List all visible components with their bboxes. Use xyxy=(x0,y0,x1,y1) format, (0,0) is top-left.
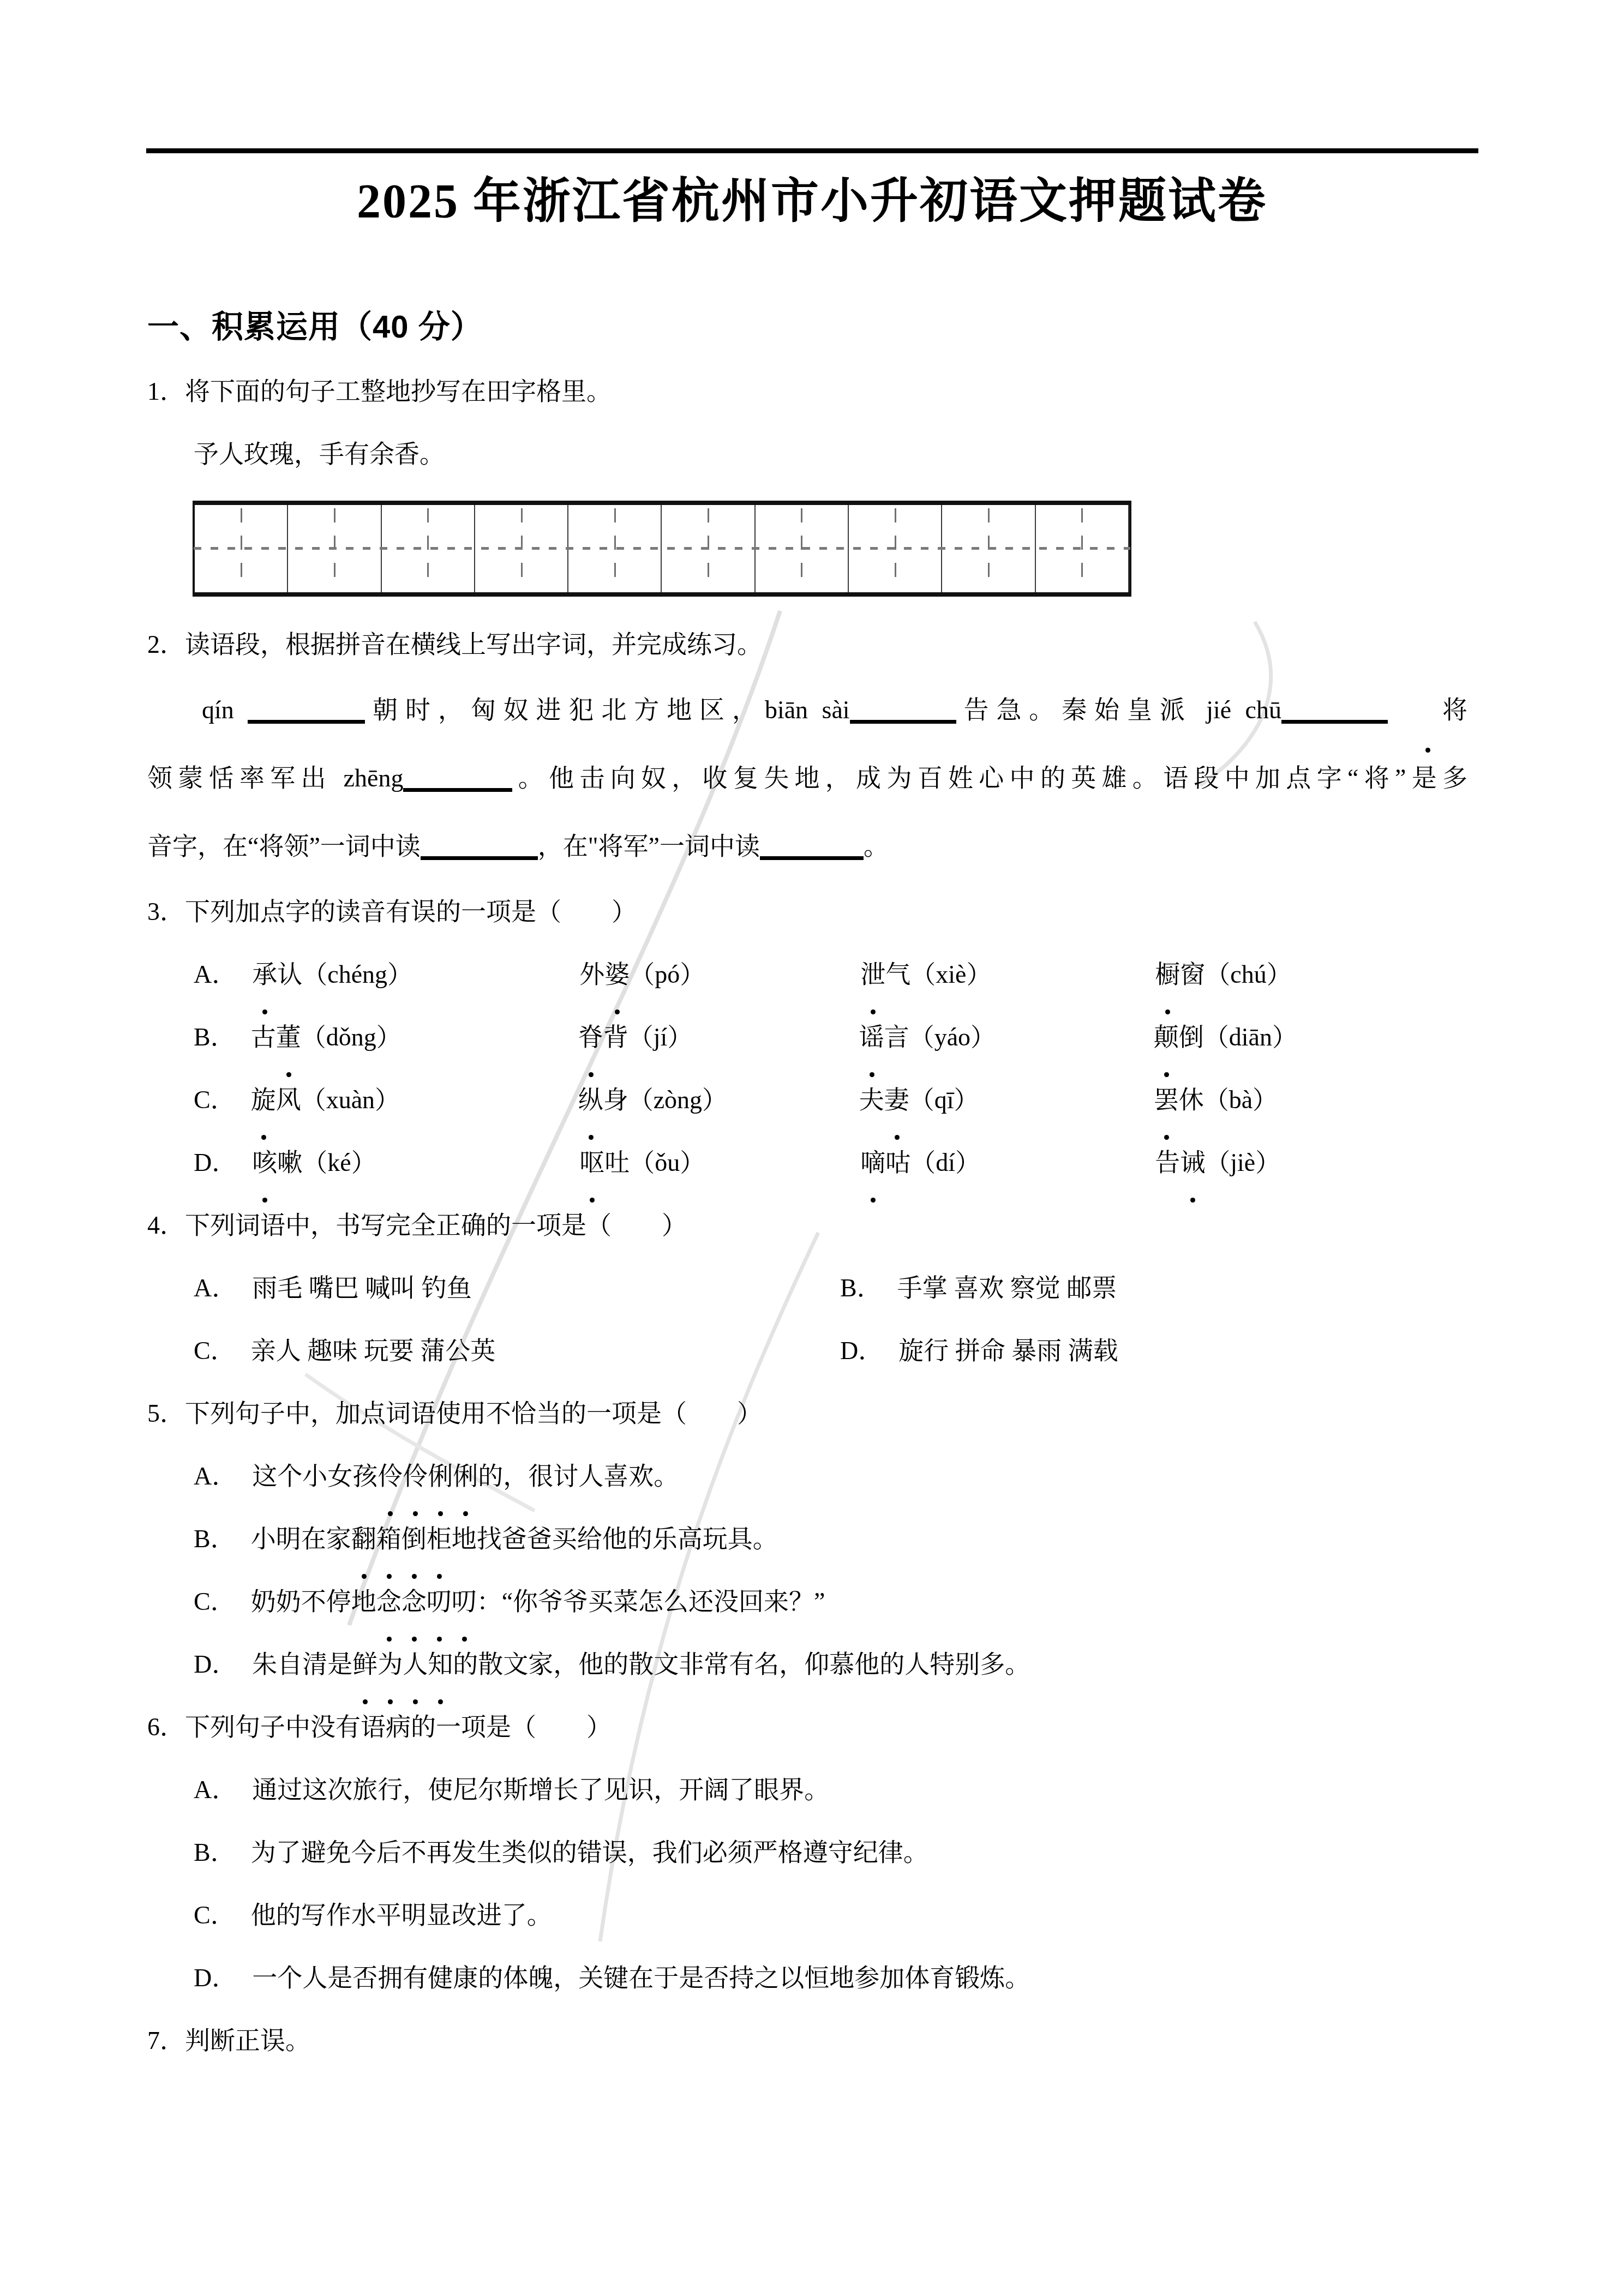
option-row: B．小明在家翻箱倒柜地找爸爸买给他的乐高玩具。 xyxy=(147,1507,1467,1570)
word-char: 背 xyxy=(603,1023,628,1051)
option-label: A． xyxy=(194,1274,237,1302)
option-row: A．通过这次旅行，使尼尔斯增长了见识，开阔了眼界。 xyxy=(147,1758,1467,1821)
question-4: 4．下列词语中，书写完全正确的一项是（ ）A．雨毛 嘴巴 喊叫 钓鱼B．手掌 喜… xyxy=(147,1194,1467,1382)
word-char: 身 xyxy=(603,1086,628,1114)
pinyin-word-item: 告诫（jiè） xyxy=(1155,1131,1280,1194)
option-row: A．这个小女孩伶伶俐俐的，很讨人喜欢。 xyxy=(147,1445,1467,1507)
question-stem: 5．下列句子中，加点词语使用不恰当的一项是（ ） xyxy=(147,1382,1467,1445)
word-char: 认 xyxy=(277,960,302,988)
pinyin-answer-blank xyxy=(760,851,864,860)
pinyin-reading: （dí） xyxy=(910,1149,980,1176)
option-row: C．亲人 趣味 玩要 蒲公英D．旋行 拼命 暴雨 满载 xyxy=(147,1319,1467,1382)
pinyin-reading: （qī） xyxy=(909,1086,979,1114)
exam-paper-page: 2025 年浙江省杭州市小升初语文押题试卷 一、积累运用（40 分） 1．将下面… xyxy=(0,0,1624,2296)
option-text: 小明在家翻箱倒柜地找爸爸买给他的乐高玩具。 xyxy=(251,1525,778,1553)
pinyin-reading: （chú） xyxy=(1205,960,1291,988)
option-row: C．奶奶不停地念念叨叨：“你爷爷买菜怎么还没回来？” xyxy=(147,1570,1467,1633)
option-label: C． xyxy=(194,1588,236,1615)
pinyin-reading: （diān） xyxy=(1204,1023,1297,1051)
dotted-char: 倒 xyxy=(401,1507,427,1570)
option-label: B． xyxy=(194,1023,236,1051)
pinyin-word-item: 夫妻（qī） xyxy=(859,1068,1154,1131)
dotted-char: 柜 xyxy=(427,1507,452,1570)
dotted-char: 颠 xyxy=(1154,1006,1179,1068)
option-row: A．承认（chéng）外婆（pó）泄气（xiè）橱窗（chú） xyxy=(147,943,1467,1006)
option-label: C． xyxy=(194,1086,236,1114)
question-stem: 2．读语段，根据拼音在横线上写出字词，并完成练习。 xyxy=(147,613,1467,676)
question-1: 1．将下面的句子工整地抄写在田字格里。予人玫瑰，手有余香。 xyxy=(147,360,1467,597)
question-stem: 1．将下面的句子工整地抄写在田字格里。 xyxy=(147,360,1467,423)
dotted-char: 咳 xyxy=(252,1131,277,1194)
dotted-char: 叨 xyxy=(452,1570,477,1633)
dotted-char: 叨 xyxy=(427,1570,452,1633)
question-stem: 3．下列加点字的读音有误的一项是（ ） xyxy=(147,880,1467,943)
pinyin-reading: （xuàn） xyxy=(301,1086,400,1114)
dotted-char: 伶 xyxy=(377,1445,403,1507)
option-text: 为了避免今后不再发生类似的错误，我们必须严格遵守纪律。 xyxy=(251,1838,928,1866)
question-stem: 6．下列句子中没有语病的一项是（ ） xyxy=(147,1696,1467,1758)
pinyin-reading: （bà） xyxy=(1204,1086,1278,1114)
pinyin-word-item: 咳嗽（ké） xyxy=(252,1131,579,1194)
option-label: A． xyxy=(194,1462,237,1490)
dotted-char: 脊 xyxy=(578,1006,603,1068)
question-stem: 4．下列词语中，书写完全正确的一项是（ ） xyxy=(147,1194,1467,1257)
pinyin-answer-blank xyxy=(248,714,365,724)
pinyin-word-item: 颠倒（diān） xyxy=(1154,1006,1297,1068)
word-char: 倒 xyxy=(1179,1023,1204,1051)
option-label: A． xyxy=(194,960,237,988)
header-rule xyxy=(146,148,1478,153)
pinyin-reading: （ǒu） xyxy=(630,1149,705,1176)
pinyin-reading: （jí） xyxy=(628,1023,693,1051)
dotted-char: 鲜 xyxy=(352,1633,377,1696)
pinyin-reading: （xiè） xyxy=(910,960,991,988)
pinyin-word-item: 纵身（zòng） xyxy=(578,1068,859,1131)
pinyin-word-item: 外婆（pó） xyxy=(579,943,860,1006)
dotted-char: 泄 xyxy=(860,943,885,1006)
word-char: 休 xyxy=(1179,1086,1204,1114)
passage-text: 音字，在“将领”一词中读 xyxy=(147,832,421,860)
dotted-char: 念 xyxy=(376,1570,401,1633)
option-cell: A．雨毛 嘴巴 喊叫 钓鱼 xyxy=(194,1257,840,1319)
pinyin-word-item: 古董（dǒng） xyxy=(251,1006,578,1068)
option-row: C．他的写作水平明显改进了。 xyxy=(147,1884,1467,1946)
dotted-char: 呕 xyxy=(579,1131,604,1194)
word-char: 风 xyxy=(276,1086,301,1114)
option-label: C． xyxy=(194,1901,236,1929)
question-7: 7．判断正误。 xyxy=(147,2009,1467,2072)
option-row: B．古董（dǒng）脊背（jí）谣言（yáo）颠倒（diān） xyxy=(147,1006,1467,1068)
word-char: 咕 xyxy=(885,1149,910,1176)
pinyin-reading: （chéng） xyxy=(302,960,412,988)
pinyin-reading: （pó） xyxy=(630,960,705,988)
option-text: 旋行 拼命 暴雨 满载 xyxy=(898,1337,1118,1365)
pinyin-word-item: 罢休（bà） xyxy=(1154,1068,1278,1131)
dotted-char: 嘀 xyxy=(860,1131,885,1194)
option-label: B． xyxy=(194,1838,236,1866)
dotted-char: 人 xyxy=(403,1633,428,1696)
pinyin-reading: （ké） xyxy=(302,1149,376,1176)
dotted-char: 翻 xyxy=(351,1507,376,1570)
option-label: B． xyxy=(840,1274,882,1302)
option-text: 雨毛 嘴巴 喊叫 钓鱼 xyxy=(252,1274,472,1302)
section-heading: 一、积累运用（40 分） xyxy=(147,305,1467,349)
option-row: B．为了避免今后不再发生类似的错误，我们必须严格遵守纪律。 xyxy=(147,1821,1467,1884)
question-stem: 7．判断正误。 xyxy=(147,2009,1467,2072)
pinyin-word-item: 承认（chéng） xyxy=(252,943,579,1006)
option-text: 手掌 喜欢 察觉 邮票 xyxy=(897,1274,1117,1302)
option-label: D． xyxy=(194,1650,237,1678)
dotted-char: 俐 xyxy=(453,1445,478,1507)
option-text: 通过这次旅行，使尼尔斯增长了见识，开阔了眼界。 xyxy=(252,1776,829,1804)
option-cell: B．手掌 喜欢 察觉 邮票 xyxy=(840,1257,1467,1319)
dotted-char: 诫 xyxy=(1180,1131,1205,1194)
option-row: D．朱自清是鲜为人知的散文家，他的散文非常有名，仰慕他的人特别多。 xyxy=(147,1633,1467,1696)
passage-text: 领蒙恬率军出 zhēng xyxy=(147,764,403,792)
pinyin-word-item: 脊背（jí） xyxy=(578,1006,859,1068)
option-text: 奶奶不停地念念叨叨：“你爷爷买菜怎么还没回来？” xyxy=(251,1588,825,1615)
dotted-char: 橱 xyxy=(1155,943,1180,1006)
word-char: 气 xyxy=(885,960,910,988)
option-label: C． xyxy=(194,1337,236,1365)
option-row: D．咳嗽（ké）呕吐（ǒu）嘀咕（dí）告诫（jiè） xyxy=(147,1131,1467,1194)
option-row: D．一个人是否拥有健康的体魄，关键在于是否持之以恒地参加体育锻炼。 xyxy=(147,1946,1467,2009)
passage-line: qín 朝时，匈奴进犯北方地区，biān sài告急。秦始皇派 jié chū将 xyxy=(147,676,1467,744)
word-char: 外 xyxy=(579,960,604,988)
page-title: 2025 年浙江省杭州市小升初语文押题试卷 xyxy=(0,163,1624,231)
word-char: 窗 xyxy=(1180,960,1205,988)
pinyin-word-item: 呕吐（ǒu） xyxy=(579,1131,860,1194)
dotted-char: 旋 xyxy=(251,1068,276,1131)
content: 一、积累运用（40 分） 1．将下面的句子工整地抄写在田字格里。予人玫瑰，手有余… xyxy=(147,305,1467,2072)
pinyin-reading: （jiè） xyxy=(1205,1149,1280,1176)
pinyin-word-item: 旋风（xuàn） xyxy=(251,1068,578,1131)
dotted-char: 俐 xyxy=(428,1445,453,1507)
pinyin-answer-blank xyxy=(850,714,956,724)
dotted-char: 知 xyxy=(428,1633,453,1696)
option-label: D． xyxy=(194,1149,237,1176)
pinyin-answer-blank xyxy=(403,783,512,792)
dotted-char: 谣 xyxy=(859,1006,884,1068)
passage-text: qín xyxy=(202,696,248,724)
question-3: 3．下列加点字的读音有误的一项是（ ）A．承认（chéng）外婆（pó）泄气（x… xyxy=(147,880,1467,1194)
word-char: 吐 xyxy=(604,1149,630,1176)
tianzige-grid xyxy=(193,501,1131,597)
option-text: 这个小女孩伶伶俐俐的，很讨人喜欢。 xyxy=(252,1462,679,1490)
pinyin-word-item: 嘀咕（dí） xyxy=(860,1131,1155,1194)
option-row: C．旋风（xuàn）纵身（zòng）夫妻（qī）罢休（bà） xyxy=(147,1068,1467,1131)
word-char: 嗽 xyxy=(277,1149,302,1176)
passage-text: 告急。秦始皇派 jié chū xyxy=(956,696,1281,724)
option-cell: C．亲人 趣味 玩要 蒲公英 xyxy=(194,1319,840,1382)
pinyin-word-item: 泄气（xiè） xyxy=(860,943,1155,1006)
pinyin-answer-blank xyxy=(1281,714,1388,724)
passage-line: 音字，在“将领”一词中读，在"将军”一词中读。 xyxy=(147,812,1467,880)
option-cell: D．旋行 拼命 暴雨 满载 xyxy=(840,1319,1467,1382)
word-char: 古 xyxy=(251,1023,276,1051)
copy-sentence: 予人玫瑰，手有余香。 xyxy=(147,423,1467,485)
question-5: 5．下列句子中，加点词语使用不恰当的一项是（ ）A．这个小女孩伶伶俐俐的，很讨人… xyxy=(147,1382,1467,1696)
pinyin-reading: （zòng） xyxy=(628,1086,727,1114)
pinyin-reading: （dǒng） xyxy=(301,1023,401,1051)
passage-line: 领蒙恬率军出 zhēng。他击向奴，收复失地，成为百姓心中的英雄。语段中加点字“… xyxy=(147,744,1467,812)
dotted-char: 妻 xyxy=(884,1068,909,1131)
question-2: 2．读语段，根据拼音在横线上写出字词，并完成练习。qín 朝时，匈奴进犯北方地区… xyxy=(147,613,1467,880)
passage-text: 朝时，匈奴进犯北方地区，biān sài xyxy=(365,696,849,724)
word-char: 言 xyxy=(884,1023,909,1051)
option-text: 他的写作水平明显改进了。 xyxy=(251,1901,552,1929)
dotted-char: 为 xyxy=(377,1633,403,1696)
option-row: A．雨毛 嘴巴 喊叫 钓鱼B．手掌 喜欢 察觉 邮票 xyxy=(147,1257,1467,1319)
dotted-char: 念 xyxy=(401,1570,427,1633)
dotted-char: 将 xyxy=(1388,676,1467,744)
dotted-char: 罢 xyxy=(1154,1068,1179,1131)
passage-text: ，在"将军”一词中读 xyxy=(538,832,760,860)
pinyin-answer-blank xyxy=(421,851,538,860)
word-char: 告 xyxy=(1155,1149,1180,1176)
word-char: 夫 xyxy=(859,1086,884,1114)
dotted-char: 董 xyxy=(276,1006,301,1068)
option-label: D． xyxy=(840,1337,883,1365)
option-label: B． xyxy=(194,1525,236,1553)
question-6: 6．下列句子中没有语病的一项是（ ）A．通过这次旅行，使尼尔斯增长了见识，开阔了… xyxy=(147,1696,1467,2009)
passage-text: 。 xyxy=(864,832,889,860)
dotted-char: 承 xyxy=(252,943,277,1006)
dotted-char: 伶 xyxy=(403,1445,428,1507)
option-label: A． xyxy=(194,1776,237,1804)
option-text: 朱自清是鲜为人知的散文家，他的散文非常有名，仰慕他的人特别多。 xyxy=(252,1650,1030,1678)
passage-text: 。他击向奴，收复失地，成为百姓心中的英雄。语段中加点字“将”是多 xyxy=(512,764,1467,792)
option-text: 亲人 趣味 玩要 蒲公英 xyxy=(251,1337,496,1365)
pinyin-reading: （yáo） xyxy=(909,1023,996,1051)
grid-center-dashed-line xyxy=(194,547,1130,550)
dotted-char: 婆 xyxy=(604,943,630,1006)
pinyin-word-item: 谣言（yáo） xyxy=(859,1006,1154,1068)
dotted-char: 箱 xyxy=(376,1507,401,1570)
dotted-char: 纵 xyxy=(578,1068,603,1131)
option-label: D． xyxy=(194,1964,237,1992)
option-text: 一个人是否拥有健康的体魄，关键在于是否持之以恒地参加体育锻炼。 xyxy=(252,1964,1030,1992)
pinyin-word-item: 橱窗（chú） xyxy=(1155,943,1291,1006)
